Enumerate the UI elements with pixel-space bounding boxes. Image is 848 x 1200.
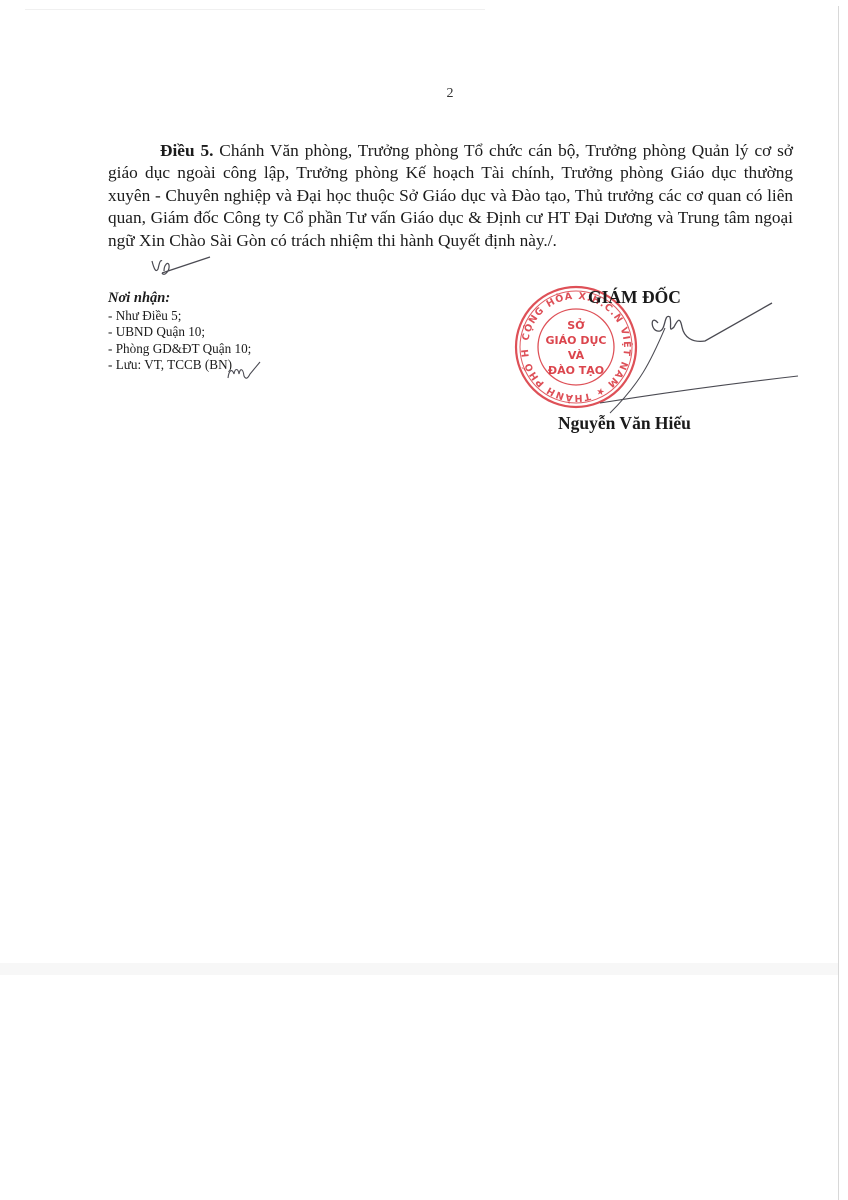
checkmark-initials-icon xyxy=(226,360,286,382)
article-5: Điều 5. Chánh Văn phòng, Trưởng phòng Tổ… xyxy=(108,140,793,252)
scan-artifact-line xyxy=(25,9,485,10)
signature-block: CỘNG HÒA X.H.C.N VIỆT NAM ★ THÀNH PHỐ HỒ… xyxy=(500,283,820,453)
recipient-item: - Như Điều 5; xyxy=(108,308,408,325)
page-number: 2 xyxy=(0,86,848,102)
recipients-title: Nơi nhận: xyxy=(108,290,408,307)
recipient-item: - UBND Quận 10; xyxy=(108,324,408,341)
handwritten-initials-icon xyxy=(150,255,220,285)
recipient-item: - Phòng GD&ĐT Quận 10; xyxy=(108,341,408,358)
page-edge xyxy=(838,6,839,1200)
handwritten-signature-icon xyxy=(500,283,820,453)
scan-artifact-band xyxy=(0,963,838,975)
article-heading: Điều 5. xyxy=(160,141,213,160)
